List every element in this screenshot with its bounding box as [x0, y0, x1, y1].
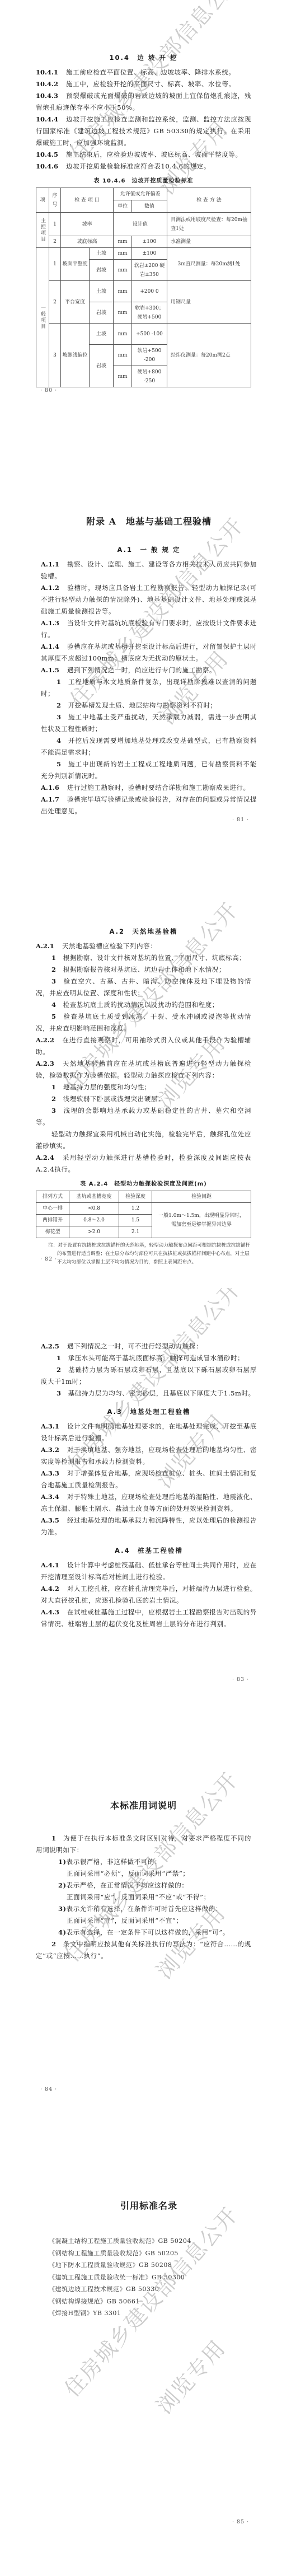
- header-seq: 序号: [49, 188, 61, 213]
- clause: A.4.2对人工挖孔桩，应在桩孔清理完毕后，对桩端持力层进行检验。对大直径挖孔桩…: [41, 1583, 257, 1607]
- page-81-content: 附录 A 地基与基础工程验槽 A.1 一 般 规 定 A.1.1勘察、设计、监理…: [41, 514, 257, 817]
- clause: A.2.3天然地基验槽前应在基坑或基槽底普遍进行轻型动力触探检验，检验数据作为验…: [36, 1058, 251, 1081]
- page-80-content: 10.4 边 坡 开 挖 10.4.1施工前应检查平面位置、标高、边坡坡率、降排…: [36, 53, 251, 387]
- header-item: 检 查 项 目: [61, 188, 114, 213]
- list-item: 2条文中指明应按其他有关标准执行的写法为：“应符合……的规定”或“应按……执行”…: [36, 1938, 251, 1962]
- clause: A.3.2对于换填地基、强夯地基，应现场检查处理后的地基均匀性、密实度等检测报告…: [41, 1444, 257, 1468]
- sub-item-detail: 正面词采用“应”，反面词采用“不应”或“不得”；: [67, 1891, 251, 1903]
- clause: A.2.5遇下列情况之一时，可不进行轻型动力触探：: [41, 1341, 257, 1352]
- list-item: 1承压水头可能高于基坑底面标高，触探可造成冒水涌砂时；: [41, 1352, 257, 1364]
- reference-item: 《混凝土结构工程施工质量验收规范》GB 50204: [49, 2235, 257, 2247]
- spacing-cell: 一般1.0m～1.5m，出现明显异常时，需加密至足够掌握异常边界: [152, 1203, 251, 1238]
- page-title: 本标准用词说明: [36, 1798, 251, 1811]
- watermark-text: 浏览专用: [148, 2332, 231, 2419]
- header-depth: 检验深度: [119, 1191, 152, 1203]
- section-title: A.3 地基处理工程验槽: [41, 1407, 257, 1416]
- page-84: 本标准用词说明 1为便于在执行本标准条文时区别对待，对要求严格程度不同的用词说明…: [0, 1717, 296, 2147]
- table-row: 3 坡脚线偏位 土坡 mm +500 -100 经纬仪测量：每20m测2点: [36, 324, 251, 345]
- sub-item-detail: 正面词采用“宜”，反面词采用“不宜”；: [67, 1915, 251, 1927]
- list-item: 3施工中地基土受严重扰动，天然承载力减弱，需进一步查明其性状及工程性质时；: [41, 711, 257, 735]
- page-82: A.2 天然地基验槽 A.2.1天然地基验槽应检验下列内容： 1根据勘察、设计文…: [0, 859, 296, 1288]
- page-82-content: A.2 天然地基验槽 A.2.1天然地基验槽应检验下列内容： 1根据勘察、设计文…: [36, 927, 251, 1267]
- sub-item: 4)表示有选择，在一定条件下可以这样做的，采用“可”。: [58, 1927, 251, 1938]
- table-row: 2 平台宽度 土坡 mm +200 0 用钢尺量: [36, 281, 251, 302]
- clause: A.3.5经过地基处理的地基承载力和沉降特性，应以处理后的检测报告为准。: [41, 1515, 257, 1538]
- paragraph: 轻型动力触探宜采用机械自动化实施，检验完毕后，触探孔位处应灌砂填实。: [36, 1128, 251, 1152]
- reference-item: 《钢结构焊接规范》GB 50661: [49, 2296, 257, 2308]
- table-caption: 表 A.2.4 轻型动力触探检验深度及间距(m): [36, 1179, 251, 1187]
- sub-item: 2)表示严格，在正常情况下均应这样做的：: [58, 1880, 251, 1891]
- clause: A.3.3对于增强体复合地基，应现场检查桩位、桩头、桩间土情况和复合地基施工质量…: [41, 1468, 257, 1491]
- header-method: 检 查 方 法: [167, 188, 251, 213]
- table-row: 主控项目 1 坡率 设计值 目测法或用坡度尺检查：每20m抽查1处: [36, 213, 251, 236]
- clause: A.1.3当设计文件对基坑坑底检验有专门要求时，应按设计文件要求进行。: [41, 617, 257, 641]
- reference-item: 《建筑工程施工质量验收统一标准》GB 50300: [49, 2271, 257, 2284]
- clause: A.2.1天然地基验槽应检验下列内容：: [36, 940, 251, 952]
- probe-depth-table: 排列方式 基坑或基槽宽度 检验深度 检验间距 中心一排 <0.8 1.2 一般1…: [36, 1191, 251, 1238]
- page-number: · 82 ·: [40, 1256, 57, 1262]
- page-80: 10.4 边 坡 开 挖 10.4.1施工前应检查平面位置、标高、边坡坡率、降排…: [0, 0, 296, 429]
- section-title: A.4 桩基工程验槽: [41, 1546, 257, 1555]
- header-value: 数值: [132, 200, 167, 213]
- general-category-label: 一般项目: [36, 248, 49, 387]
- header-category: 项: [36, 188, 49, 213]
- list-item: 1根据勘察、设计文件核对基坑的位置、平面尺寸、坑底标高；: [36, 952, 251, 964]
- list-item: 1为便于在执行本标准条文时区别对待，对要求严格程度不同的用词说明如下：: [36, 1833, 251, 1856]
- reference-item: 《地下防水工程质量验收规范》GB 50208: [49, 2259, 257, 2271]
- reference-list: 《混凝土结构工程施工质量验收规范》GB 50204 《钢结构工程施工质量验收规范…: [41, 2235, 257, 2320]
- clause: 10.4.5施工结束后，应检验边坡坡率、坡底标高、坡面平整度等。: [36, 149, 251, 161]
- clause: A.1.6进行过施工勘察时，验槽时要结合详勘和施工勘察成果进行。: [41, 782, 257, 794]
- sub-item-detail: 正面词采用“必须”，反面词采用“严禁”；: [67, 1868, 251, 1880]
- header-arrangement: 排列方式: [36, 1191, 69, 1203]
- clause: A.3.1设计文件有明确地基处理要求的，在地基处理完成、开挖至基底设计标高后进行…: [41, 1421, 257, 1444]
- clause: 10.4.1施工前应检查平面位置、标高、边坡坡率、降排水系统。: [36, 67, 251, 78]
- page-number: · 85 ·: [232, 2519, 249, 2525]
- section-title: A.2 天然地基验槽: [36, 927, 251, 936]
- table-note: 注：对于设置有抗拔桩或抗拔锚杆的天然地基，轻型动力触探布点间距可根据抗拔桩或抗拔…: [48, 1242, 251, 1267]
- clause: A.1.1勘察、设计、监理、施工、建设等各方相关技术人员应共同参加验槽。: [41, 559, 257, 582]
- list-item: 2浅埋软弱下卧层或浅埋突出硬层；: [36, 1093, 251, 1105]
- list-item: 2基础持力层为砾石层或卵石层，且基底以下砾石层或卵石层厚度大于1m时；: [41, 1364, 257, 1388]
- page-title: 引用标准名录: [41, 2199, 257, 2212]
- list-item: 3浅埋的会影响地基承载力或基础稳定性的古井、墓穴和空洞等。: [36, 1105, 251, 1128]
- reference-item: 《焊接H型钢》YB 3301: [49, 2307, 257, 2320]
- page-83: A.2.5遇下列情况之一时，可不进行轻型动力触探： 1承压水头可能高于基坑底面标…: [0, 1288, 296, 1717]
- list-item: 2开挖基槽发现土质、地层结构与勘察资料不符时；: [41, 700, 257, 711]
- clause: 10.4.2施工中，应检验开挖的平面尺寸、标高、坡率、水位等。: [36, 78, 251, 90]
- clause: A.1.5遇到下列情况之一时，尚应进行专门的施工勘察。: [41, 664, 257, 676]
- table-row: 2 坡底标高 mm ±100 水准测量: [36, 236, 251, 248]
- list-item: 1工程地质与水文地质条件复杂，出现详勘阶段难以查清的问题时；: [41, 676, 257, 700]
- list-item: 3基础持力层为均匀、密实砂层，且基底以下厚度大于1.5m时。: [41, 1388, 257, 1399]
- sub-item: 3)表示允许稍有选择，在条件许可时首先应这样做的：: [58, 1903, 251, 1915]
- list-item: 1地基持力层的强度和均匀性；: [36, 1081, 251, 1093]
- page-number: · 84 ·: [40, 2086, 57, 2092]
- clause: A.1.4验槽应在基坑或基槽开挖至设计标高后进行，对留置保护土层时其厚度不应超过…: [41, 641, 257, 664]
- clause: 10.4.3预裂爆破或光面爆破的岩质边坡的坡面上宜保留炮孔痕迹，残留炮孔痕迹保存…: [36, 90, 251, 114]
- page-84-content: 本标准用词说明 1为便于在执行本标准条文时区别对待，对要求严格程度不同的用词说明…: [36, 1798, 251, 1962]
- list-item: 3检查空穴、古墓、古井、暗沟、防空掩体及地下埋设物的情况，并应查明其位置、深度和…: [36, 976, 251, 999]
- list-item: 4检查基坑底土质的扰动情况以及扰动的范围和程度；: [36, 999, 251, 1011]
- reference-item: 《建筑边坡工程技术规范》GB 50330: [49, 2283, 257, 2296]
- clause: A.2.2在进行直接观察时，可用袖珍式贯入仪或其他手段作为验槽辅助。: [36, 1034, 251, 1058]
- clause: A.2.4采用轻型动力触探进行基槽检验时，检验深度及间距应按表A.2.4执行。: [36, 1152, 251, 1175]
- page-number: · 80 ·: [40, 387, 57, 394]
- clause: 10.4.4边坡开挖施工应检查监测和监控系统，监测、监控方法应按现行国家标准《建…: [36, 114, 251, 149]
- list-item: 5施工中出现新的岩土工程或工程地质问题，已有勘察资料不能充分判别新情况时。: [41, 758, 257, 782]
- header-width: 基坑或基槽宽度: [69, 1191, 119, 1203]
- sub-item: 1)表示很严格，非这样做不可的：: [58, 1856, 251, 1868]
- reference-item: 《钢结构工程施工质量验收规范》GB 50205: [49, 2247, 257, 2260]
- clause: A.1.2验槽时，现场应具备岩土工程勘察报告、轻型动力触探记录(可不进行轻型动力…: [41, 582, 257, 617]
- header-allowance: 允许值或允许偏差: [114, 188, 167, 200]
- clause: A.4.3在试桩或桩基施工过程中，应根据岩土工程勘察报告对出现的异常情况、桩端岩…: [41, 1607, 257, 1630]
- section-title: 10.4 边 坡 开 挖: [36, 53, 251, 62]
- table-caption: 表 10.4.6 边坡开挖质量检验标准: [36, 176, 251, 184]
- clause: A.4.1设计计算中考虑桩筏基础、低桩承台等桩间土共同作用时，应在开挖清理至设计…: [41, 1559, 257, 1583]
- clause: A.3.4对于特殊土地基，应现场检查处理后地基的湿陷性、地震液化、冻土保温、膨胀…: [41, 1491, 257, 1515]
- list-item: 4开挖后发现需要增加地基处理或改变基础型式，已有勘察资料不能满足需求时；: [41, 735, 257, 758]
- appendix-title: 附录 A 地基与基础工程验槽: [41, 514, 257, 527]
- main-category-label: 主控项目: [36, 213, 49, 248]
- table-row: 中心一排 <0.8 1.2 一般1.0m～1.5m，出现明显异常时，需加密至足够…: [36, 1203, 251, 1215]
- clause: A.1.7验槽完毕填写验槽记录或检验报告，对存在的问题或异常情况提出处理意见。: [41, 794, 257, 817]
- header-unit: 单位: [114, 200, 132, 213]
- clause: 10.4.6边坡开挖质量检验标准应符合表10.4.6的规定。: [36, 161, 251, 172]
- page-85: 引用标准名录 《混凝土结构工程施工质量验收规范》GB 50204 《钢结构工程施…: [0, 2147, 296, 2576]
- page-85-content: 引用标准名录 《混凝土结构工程施工质量验收规范》GB 50204 《钢结构工程施…: [41, 2199, 257, 2320]
- section-title: A.1 一 般 规 定: [41, 545, 257, 554]
- page-number: · 81 ·: [232, 817, 249, 823]
- list-item: 2根据勘察报告核对基坑底、坑边岩土体和地下水情况；: [36, 964, 251, 976]
- header-spacing: 检验间距: [152, 1191, 251, 1203]
- page-83-content: A.2.5遇下列情况之一时，可不进行轻型动力触探： 1承压水头可能高于基坑底面标…: [41, 1341, 257, 1630]
- list-item: 5检查基坑底土质受到冰冻、干裂、受水冲刷或浸泡等扰动情况，并应查明影响范围和深度…: [36, 1011, 251, 1034]
- slope-excavation-table: 项 序号 检 查 项 目 允许值或允许偏差 检 查 方 法 单位 数值 主控项目…: [36, 188, 251, 387]
- table-row: 一般项目 1 坡面平整度 土坡 mm ±100 3m直尺测量：每20m测1处: [36, 248, 251, 260]
- page-81: 附录 A 地基与基础工程验槽 A.1 一 般 规 定 A.1.1勘察、设计、监理…: [0, 429, 296, 859]
- page-number: · 83 ·: [232, 1676, 249, 1683]
